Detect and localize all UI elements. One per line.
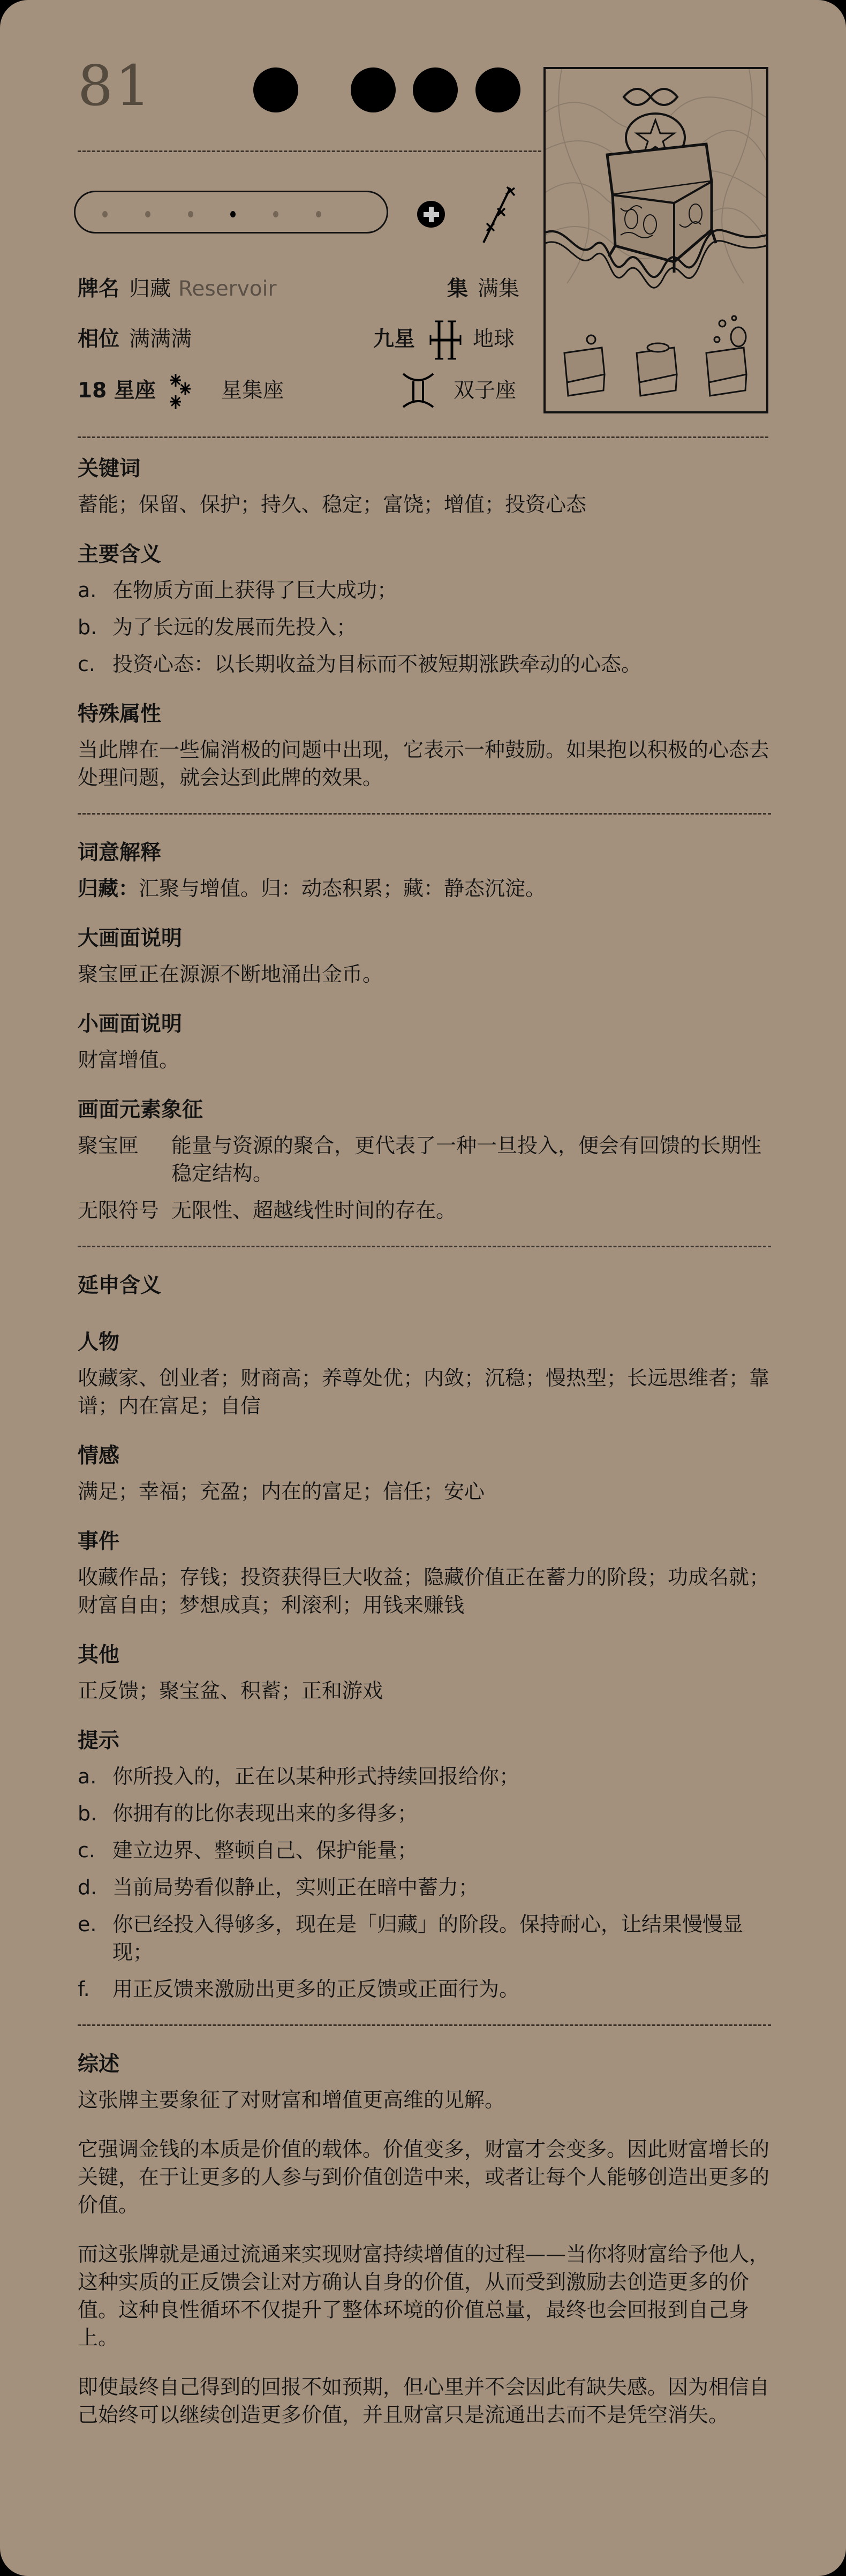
people-text: 收藏家、创业者；财商高；养尊处优；内敛；沉稳；慢热型；长远思维者；靠谱；内在富足… <box>78 1364 771 1420</box>
section-title: 延申含义 <box>78 1272 771 1300</box>
constellation-value-wrap: 星集座 <box>221 380 284 401</box>
section-title: 综述 <box>78 2051 771 2078</box>
list-text: 你所投入的，正在以某种形式持续回报给你； <box>112 1762 519 1790</box>
card-name-en: Reservoir <box>178 277 277 301</box>
slider-dot[interactable] <box>188 211 193 217</box>
list-item: c.建立边界、整顿自己、保护能量； <box>78 1836 771 1864</box>
moon-phase-icon <box>351 67 396 112</box>
slider-dot[interactable] <box>316 211 321 217</box>
symbol-item: 无限符号无限性、超越线性时间的存在。 <box>78 1196 771 1224</box>
divider <box>78 2024 771 2026</box>
section-title: 人物 <box>78 1329 771 1357</box>
divider <box>78 813 771 815</box>
symbol-meaning: 无限性、超越线性时间的存在。 <box>171 1196 456 1224</box>
big-picture-text: 聚宝匣正在源源不断地涌出金币。 <box>78 960 771 988</box>
list-item: b.你拥有的比你表现出来的多得多； <box>78 1799 771 1827</box>
star-cluster-icon <box>170 372 192 410</box>
small-picture-text: 财富增值。 <box>78 1046 771 1074</box>
section-special: 特殊属性 当此牌在一些偏消极的问题中出现，它表示一种鼓励。如果抱以积极的心态去处… <box>78 701 771 792</box>
other-text: 正反馈；聚宝盆、积蓄；正和游戏 <box>78 1677 771 1705</box>
list-text: 用正反馈来激励出更多的正反馈或正面行为。 <box>112 1975 519 2003</box>
list-marker: d. <box>78 1873 112 1901</box>
symbol-item: 聚宝匣能量与资源的聚合，更代表了一种一旦投入，便会有回馈的长期性稳定结构。 <box>78 1132 771 1187</box>
section-title: 主要含义 <box>78 541 771 569</box>
slider-dot[interactable] <box>102 211 108 217</box>
moon-phase-icon <box>253 67 298 112</box>
list-text: 你已经投入得够多，现在是「归藏」的阶段。保持耐心，让结果慢慢显现； <box>112 1910 771 1966</box>
zodiac-value-wrap: 双子座 <box>454 380 516 401</box>
word-meaning-body: 汇聚与增值。归：动态积累；藏：静态沉淀。 <box>139 877 546 900</box>
list-text: 当前局势看似静止，实则正在暗中蓄力； <box>112 1873 479 1901</box>
section-summary: 综述 这张牌主要象征了对财富和增值更高维的见解。 它强调金钱的本质是价值的载体。… <box>78 2051 771 2429</box>
list-text: 为了长远的发展而先投入； <box>112 613 357 641</box>
slider-dot[interactable] <box>273 211 278 217</box>
treasure-chest-illustration <box>546 69 766 411</box>
set-value: 满集 <box>478 277 519 301</box>
slider-dot[interactable] <box>145 211 150 217</box>
section-big-picture: 大画面说明 聚宝匣正在源源不断地涌出金币。 <box>78 925 771 988</box>
section-title: 画面元素象征 <box>78 1096 771 1124</box>
list-marker: b. <box>78 1799 112 1827</box>
card-description: 关键词 蓄能；保留、保护；持久、稳定；富饶；增值；投资心态 主要含义 a.在物质… <box>78 455 771 2450</box>
section-title: 小画面说明 <box>78 1011 771 1038</box>
list-marker: a. <box>78 1762 112 1790</box>
list-text: 建立边界、整顿自己、保护能量； <box>112 1836 418 1864</box>
card-number: 81 <box>78 58 153 114</box>
list-item: c.投资心态：以长期收益为目标而不被短期涨跌牵动的心态。 <box>78 650 771 678</box>
nine-star-label-wrap: 九星 <box>373 329 425 350</box>
word-meaning-term: 归藏： <box>78 877 139 900</box>
position-slider[interactable] <box>74 191 388 234</box>
list-marker: f. <box>78 1975 112 2003</box>
nine-star-value-wrap: 地球 <box>473 329 515 350</box>
section-people: 人物 收藏家、创业者；财商高；养尊处优；内敛；沉稳；慢热型；长远思维者；靠谱；内… <box>78 1329 771 1420</box>
section-title: 其他 <box>78 1641 771 1669</box>
list-marker: a. <box>78 576 112 604</box>
constellation-value: 星集座 <box>221 379 284 403</box>
events-text: 收藏作品；存钱；投资获得巨大收益；隐藏价值正在蓄力的阶段；功成名就；财富自由；梦… <box>78 1563 771 1619</box>
constellation-label: 18 星座 <box>78 379 156 403</box>
card-name-cn: 归藏 <box>129 277 171 301</box>
list-item: e.你已经投入得够多，现在是「归藏」的阶段。保持耐心，让结果慢慢显现； <box>78 1910 771 1966</box>
zodiac-value: 双子座 <box>454 379 516 403</box>
moon-phase-icon <box>413 67 458 112</box>
section-title: 提示 <box>78 1727 771 1755</box>
section-other: 其他 正反馈；聚宝盆、积蓄；正和游戏 <box>78 1641 771 1705</box>
summary-paragraph: 而这张牌就是通过流通来实现财富持续增值的过程——当你将财富给予他人，这种实质的正… <box>78 2240 771 2352</box>
symbol-term: 无限符号 <box>78 1196 171 1224</box>
section-title: 情感 <box>78 1442 771 1470</box>
summary-paragraph: 即使最终自己得到的回报不如预期，但心里并不会因此有缺失感。因为相信自己始终可以继… <box>78 2373 771 2429</box>
section-title: 大画面说明 <box>78 925 771 953</box>
gemini-icon <box>402 373 435 408</box>
special-text: 当此牌在一些偏消极的问题中出现，它表示一种鼓励。如果抱以积极的心态去处理问题，就… <box>78 736 771 792</box>
section-main-meaning: 主要含义 a.在物质方面上获得了巨大成功； b.为了长远的发展而先投入； c.投… <box>78 541 771 678</box>
nine-star-value: 地球 <box>473 327 515 351</box>
word-meaning-text: 归藏：汇聚与增值。归：动态积累；藏：静态沉淀。 <box>78 875 771 902</box>
section-small-picture: 小画面说明 财富增值。 <box>78 1011 771 1074</box>
card-artwork <box>543 67 768 413</box>
list-item: d.当前局势看似静止，实则正在暗中蓄力； <box>78 1873 771 1901</box>
list-text: 你拥有的比你表现出来的多得多； <box>112 1799 418 1827</box>
list-marker: e. <box>78 1910 112 1966</box>
sword-icon <box>479 185 517 244</box>
section-title: 词意解释 <box>78 839 771 867</box>
set-row: 集满集 <box>447 278 519 299</box>
section-title: 事件 <box>78 1528 771 1556</box>
section-events: 事件 收藏作品；存钱；投资获得巨大收益；隐藏价值正在蓄力的阶段；功成名就；财富自… <box>78 1528 771 1619</box>
section-word-meaning: 词意解释 归藏：汇聚与增值。归：动态积累；藏：静态沉淀。 <box>78 839 771 902</box>
position-label: 相位 <box>78 327 119 351</box>
position-value: 满满满 <box>129 327 192 351</box>
list-marker: b. <box>78 613 112 641</box>
card-name-row: 牌名归藏Reservoir <box>78 278 277 299</box>
section-extended: 延申含义 <box>78 1272 771 1300</box>
constellation-label-wrap: 18 星座 <box>78 380 165 401</box>
earth-symbol-icon <box>428 320 463 360</box>
symbol-term: 聚宝匣 <box>78 1132 171 1187</box>
list-text: 在物质方面上获得了巨大成功； <box>112 576 397 604</box>
nine-star-label: 九星 <box>373 327 415 351</box>
list-item: a.你所投入的，正在以某种形式持续回报给你； <box>78 1762 771 1790</box>
summary-paragraph: 它强调金钱的本质是价值的载体。价值变多，财富才会变多。因此财富增长的关键，在于让… <box>78 2135 771 2219</box>
summary-paragraph: 这张牌主要象征了对财富和增值更高维的见解。 <box>78 2086 771 2114</box>
section-keywords: 关键词 蓄能；保留、保护；持久、稳定；富饶；增值；投资心态 <box>78 455 771 518</box>
list-marker: c. <box>78 1836 112 1864</box>
card-name-label: 牌名 <box>78 277 119 301</box>
list-marker: c. <box>78 650 112 678</box>
list-item: a.在物质方面上获得了巨大成功； <box>78 576 771 604</box>
section-symbols: 画面元素象征 聚宝匣能量与资源的聚合，更代表了一种一旦投入，便会有回馈的长期性稳… <box>78 1096 771 1224</box>
set-label: 集 <box>447 277 468 301</box>
list-item: b.为了长远的发展而先投入； <box>78 613 771 641</box>
card-detail-panel: 81 牌名归藏Reservoir 集满集 相位满满满 九星 <box>0 0 846 2576</box>
section-tips: 提示 a.你所投入的，正在以某种形式持续回报给你； b.你拥有的比你表现出来的多… <box>78 1727 771 2003</box>
moon-phase-icon <box>475 67 520 112</box>
list-item: f.用正反馈来激励出更多的正反馈或正面行为。 <box>78 1975 771 2003</box>
symbol-meaning: 能量与资源的聚合，更代表了一种一旦投入，便会有回馈的长期性稳定结构。 <box>171 1132 771 1187</box>
position-row: 相位满满满 <box>78 329 192 350</box>
emotion-text: 满足；幸福；充盈；内在的富足；信任；安心 <box>78 1478 771 1505</box>
keywords-text: 蓄能；保留、保护；持久、稳定；富饶；增值；投资心态 <box>78 491 771 518</box>
slider-dot-active[interactable] <box>230 211 236 217</box>
section-emotion: 情感 满足；幸福；充盈；内在的富足；信任；安心 <box>78 1442 771 1505</box>
plus-icon[interactable] <box>417 201 445 228</box>
section-title: 关键词 <box>78 455 771 483</box>
divider <box>78 436 768 438</box>
divider <box>78 1246 771 1247</box>
section-title: 特殊属性 <box>78 701 771 728</box>
divider <box>78 150 541 152</box>
list-text: 投资心态：以长期收益为目标而不被短期涨跌牵动的心态。 <box>112 650 641 678</box>
